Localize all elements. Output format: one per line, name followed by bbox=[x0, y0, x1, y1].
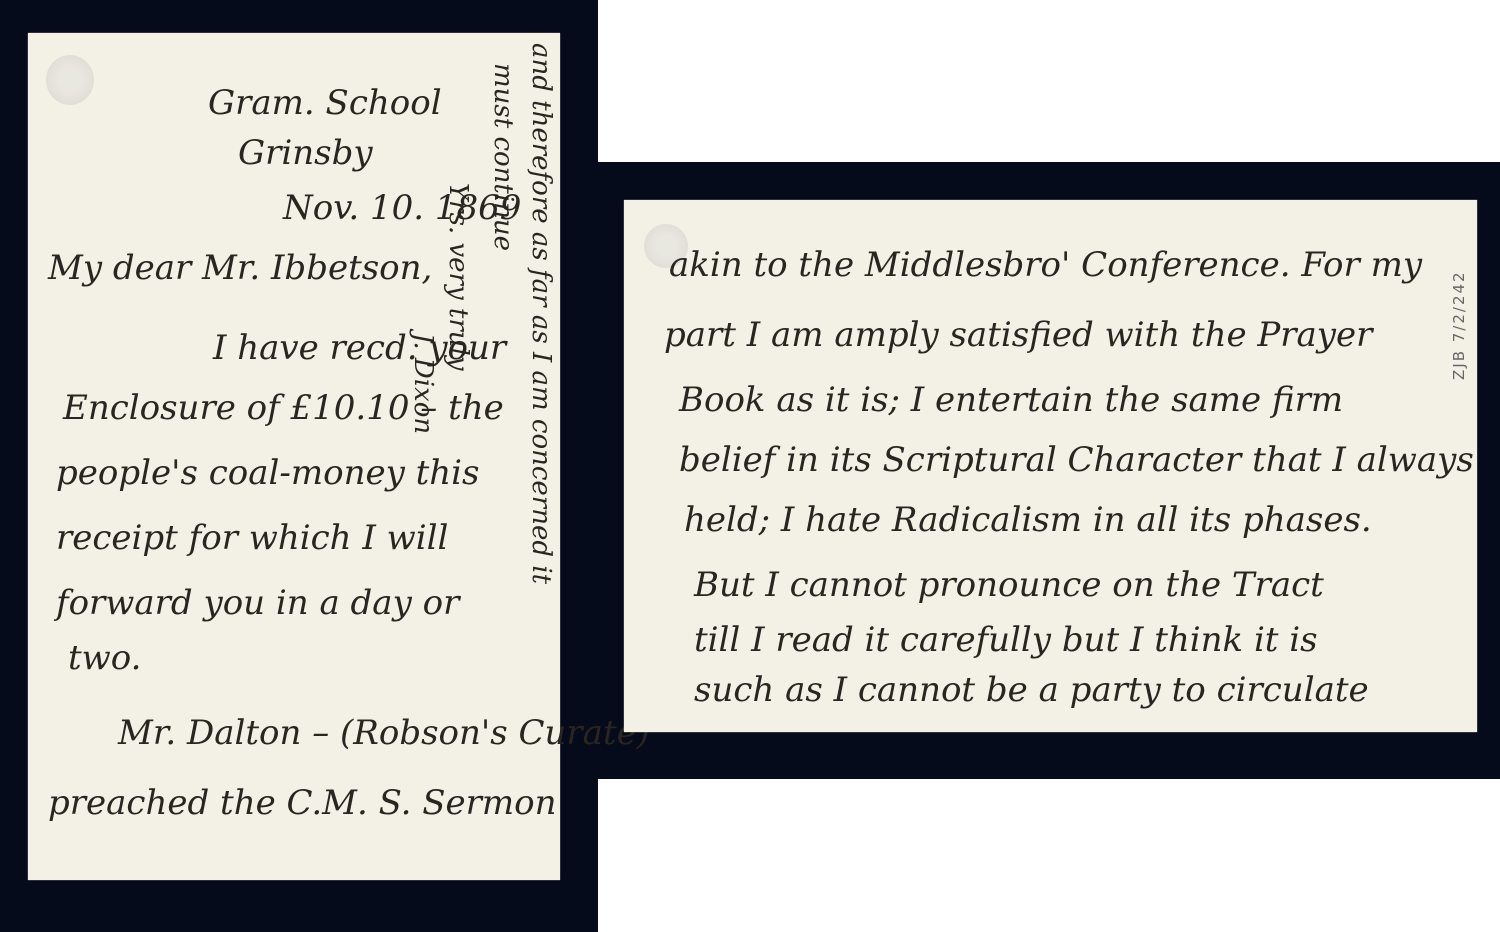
body-line: Book as it is; I entertain the same firm bbox=[679, 380, 1343, 420]
embossed-seal-icon bbox=[46, 55, 94, 105]
body-line: held; I hate Radicalism in all its phase… bbox=[684, 500, 1372, 540]
archive-reference: ZJB 7/2/242 bbox=[1450, 270, 1468, 380]
body-line: belief in its Scriptural Character that … bbox=[679, 440, 1474, 480]
address-line-2: Grinsby bbox=[238, 133, 373, 173]
body-line: two. bbox=[68, 638, 141, 678]
body-line: preached the C.M. S. Sermon bbox=[48, 783, 557, 823]
address-line-1: Gram. School bbox=[208, 83, 442, 123]
body-line: till I read it carefully but I think it … bbox=[694, 620, 1318, 660]
signature: J. Dixon bbox=[408, 333, 438, 434]
letter-page-2: akin to the Middlesbro' Conference. For … bbox=[624, 200, 1477, 732]
letter-date: Nov. 10. 1869 bbox=[283, 188, 521, 228]
body-line: such as I cannot be a party to circulate bbox=[694, 670, 1369, 710]
salutation: My dear Mr. Ibbetson, bbox=[48, 248, 432, 288]
letter-page-1: Gram. School Grinsby Nov. 10. 1869 My de… bbox=[28, 33, 560, 880]
body-line: forward you in a day or bbox=[56, 583, 459, 623]
body-line: part I am amply satisfied with the Praye… bbox=[664, 315, 1372, 355]
margin-text-line: must continue bbox=[488, 63, 518, 251]
signoff: Yrs. very truly bbox=[443, 183, 473, 371]
body-line: akin to the Middlesbro' Conference. For … bbox=[669, 245, 1422, 285]
body-line: But I cannot pronounce on the Tract bbox=[694, 565, 1324, 605]
body-line: receipt for which I will bbox=[56, 518, 448, 558]
margin-text-line: and therefore as far as I am concerned i… bbox=[526, 43, 556, 584]
body-line: Mr. Dalton – (Robson's Curate) bbox=[118, 713, 650, 753]
body-line: people's coal-money this bbox=[56, 453, 480, 493]
